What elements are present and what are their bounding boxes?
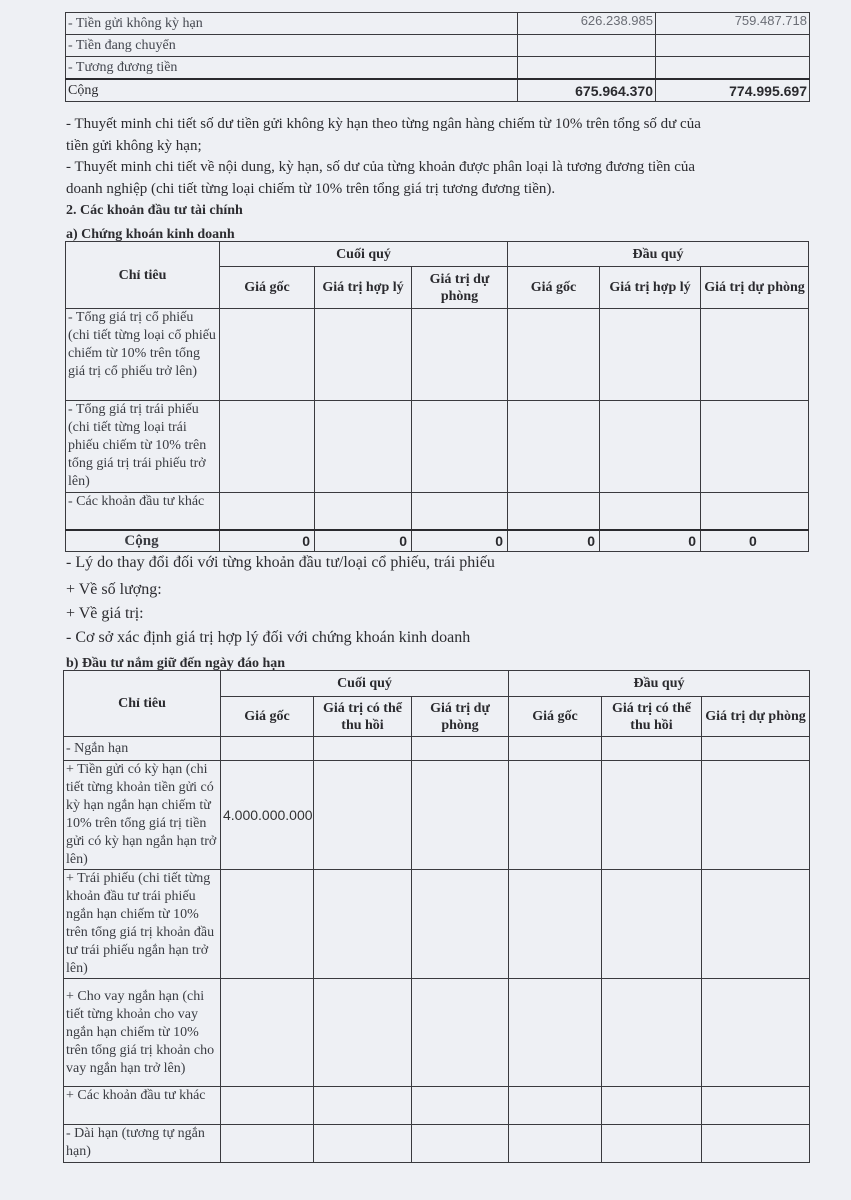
cell (602, 979, 702, 1087)
note-line: - Lý do thay đổi đối với từng khoản đầu … (66, 553, 495, 573)
total-value: 0 (508, 530, 600, 552)
cell (602, 761, 702, 870)
cell (702, 1087, 810, 1125)
total-value: 0 (600, 530, 701, 552)
cell (509, 761, 602, 870)
cell (221, 737, 314, 761)
header-col: Giá gốc (508, 267, 600, 309)
cell (509, 979, 602, 1087)
header-dau-quy: Đầu quý (509, 671, 810, 697)
row-label: + Cho vay ngắn hạn (chi tiết từng khoản … (64, 979, 221, 1087)
note-line: + Về số lượng: (66, 580, 162, 600)
header-col: Giá trị dự phòng (702, 697, 810, 737)
held-to-maturity-table: Chỉ tiêu Cuối quý Đầu quý Giá gốc Giá tr… (63, 670, 810, 1163)
cell (702, 737, 810, 761)
note-line: - Thuyết minh chi tiết về nội dung, kỳ h… (66, 157, 695, 177)
table-row: - Ngắn hạn (64, 737, 810, 761)
row-label: - Tổng giá trị trái phiếu (chi tiết từng… (66, 401, 220, 493)
header-chi-tieu: Chỉ tiêu (66, 242, 220, 309)
cell (314, 737, 412, 761)
cell (509, 870, 602, 979)
cell (314, 979, 412, 1087)
cell (509, 737, 602, 761)
header-cuoi-quy: Cuối quý (221, 671, 509, 697)
cell-begin (656, 35, 810, 57)
table-row: + Tiền gửi có kỳ hạn (chi tiết từng khoả… (64, 761, 810, 870)
total-value: 0 (701, 530, 809, 552)
cell-value: 4.000.000.000 (221, 761, 314, 870)
row-label: - Ngắn hạn (64, 737, 221, 761)
cell (314, 1087, 412, 1125)
total-begin: 774.995.697 (656, 79, 810, 102)
row-label: - Các khoản đầu tư khác (66, 493, 220, 530)
cell (412, 1087, 509, 1125)
total-label: Cộng (66, 79, 518, 102)
header-col: Giá trị dự phòng (701, 267, 809, 309)
cell (221, 1087, 314, 1125)
note-line: - Cơ sở xác định giá trị hợp lý đối với … (66, 628, 470, 648)
table-row: - Tổng giá trị trái phiếu (chi tiết từng… (66, 401, 809, 493)
cell (702, 870, 810, 979)
note-line: doanh nghiệp (chi tiết từng loại chiếm t… (66, 179, 555, 199)
note-line: tiền gửi không kỳ hạn; (66, 136, 202, 156)
header-chi-tieu: Chỉ tiêu (64, 671, 221, 737)
cell (412, 737, 509, 761)
document-page: - Tiền gửi không kỳ hạn 626.238.985 759.… (0, 0, 851, 1200)
table-row: - Tiền gửi không kỳ hạn 626.238.985 759.… (66, 13, 810, 35)
cell (602, 870, 702, 979)
row-label: - Tổng giá trị cổ phiếu (chi tiết từng l… (66, 309, 220, 401)
total-row: Cộng 0 0 0 0 0 0 (66, 530, 809, 552)
header-col: Giá trị hợp lý (600, 267, 701, 309)
cell-begin (656, 57, 810, 80)
row-label: - Tương đương tiền (66, 57, 518, 80)
total-value: 0 (412, 530, 508, 552)
header-col: Giá trị có thể thu hồi (314, 697, 412, 737)
cell-begin: 759.487.718 (656, 13, 810, 35)
table-row: - Tiền đang chuyển (66, 35, 810, 57)
header-col: Giá gốc (221, 697, 314, 737)
row-label: - Tiền đang chuyển (66, 35, 518, 57)
cell (314, 1125, 412, 1163)
cell (602, 1087, 702, 1125)
note-line: - Thuyết minh chi tiết số dư tiền gửi kh… (66, 114, 701, 134)
table-row: - Dài hạn (tương tự ngắn hạn) (64, 1125, 810, 1163)
trading-securities-table: Chỉ tiêu Cuối quý Đầu quý Giá gốc Giá tr… (65, 241, 809, 552)
table-row: + Các khoản đầu tư khác (64, 1087, 810, 1125)
total-value: 0 (315, 530, 412, 552)
row-label: + Trái phiếu (chi tiết từng khoản đầu tư… (64, 870, 221, 979)
row-label: + Các khoản đầu tư khác (64, 1087, 221, 1125)
cell (314, 761, 412, 870)
total-end: 675.964.370 (518, 79, 656, 102)
row-label: + Tiền gửi có kỳ hạn (chi tiết từng khoả… (64, 761, 221, 870)
row-label: - Tiền gửi không kỳ hạn (66, 13, 518, 35)
cell (412, 761, 509, 870)
cash-table: - Tiền gửi không kỳ hạn 626.238.985 759.… (65, 12, 810, 102)
cell (221, 979, 314, 1087)
cell-end (518, 35, 656, 57)
cell (509, 1125, 602, 1163)
cell (602, 1125, 702, 1163)
cell (314, 870, 412, 979)
header-col: Giá trị dự phòng (412, 697, 509, 737)
header-dau-quy: Đầu quý (508, 242, 809, 267)
cell-end: 626.238.985 (518, 13, 656, 35)
table-row: - Tổng giá trị cổ phiếu (chi tiết từng l… (66, 309, 809, 401)
table-row: + Trái phiếu (chi tiết từng khoản đầu tư… (64, 870, 810, 979)
cell (702, 761, 810, 870)
cell (221, 1125, 314, 1163)
cell (412, 979, 509, 1087)
cell (412, 1125, 509, 1163)
cell (702, 979, 810, 1087)
table-row: + Cho vay ngắn hạn (chi tiết từng khoản … (64, 979, 810, 1087)
header-col: Giá trị có thể thu hồi (602, 697, 702, 737)
total-row: Cộng 675.964.370 774.995.697 (66, 79, 810, 102)
table-row: - Các khoản đầu tư khác (66, 493, 809, 530)
header-col: Giá gốc (220, 267, 315, 309)
cell (412, 870, 509, 979)
row-label: - Dài hạn (tương tự ngắn hạn) (64, 1125, 221, 1163)
cell (602, 737, 702, 761)
header-col: Giá trị dự phòng (412, 267, 508, 309)
header-col: Giá trị hợp lý (315, 267, 412, 309)
header-col: Giá gốc (509, 697, 602, 737)
cell (221, 870, 314, 979)
total-value: 0 (220, 530, 315, 552)
header-cuoi-quy: Cuối quý (220, 242, 508, 267)
section-title: 2. Các khoản đầu tư tài chính (66, 201, 243, 221)
cell (702, 1125, 810, 1163)
note-line: + Về giá trị: (66, 604, 144, 624)
cell-end (518, 57, 656, 80)
total-label: Cộng (66, 530, 220, 552)
cell (509, 1087, 602, 1125)
table-row: - Tương đương tiền (66, 57, 810, 80)
